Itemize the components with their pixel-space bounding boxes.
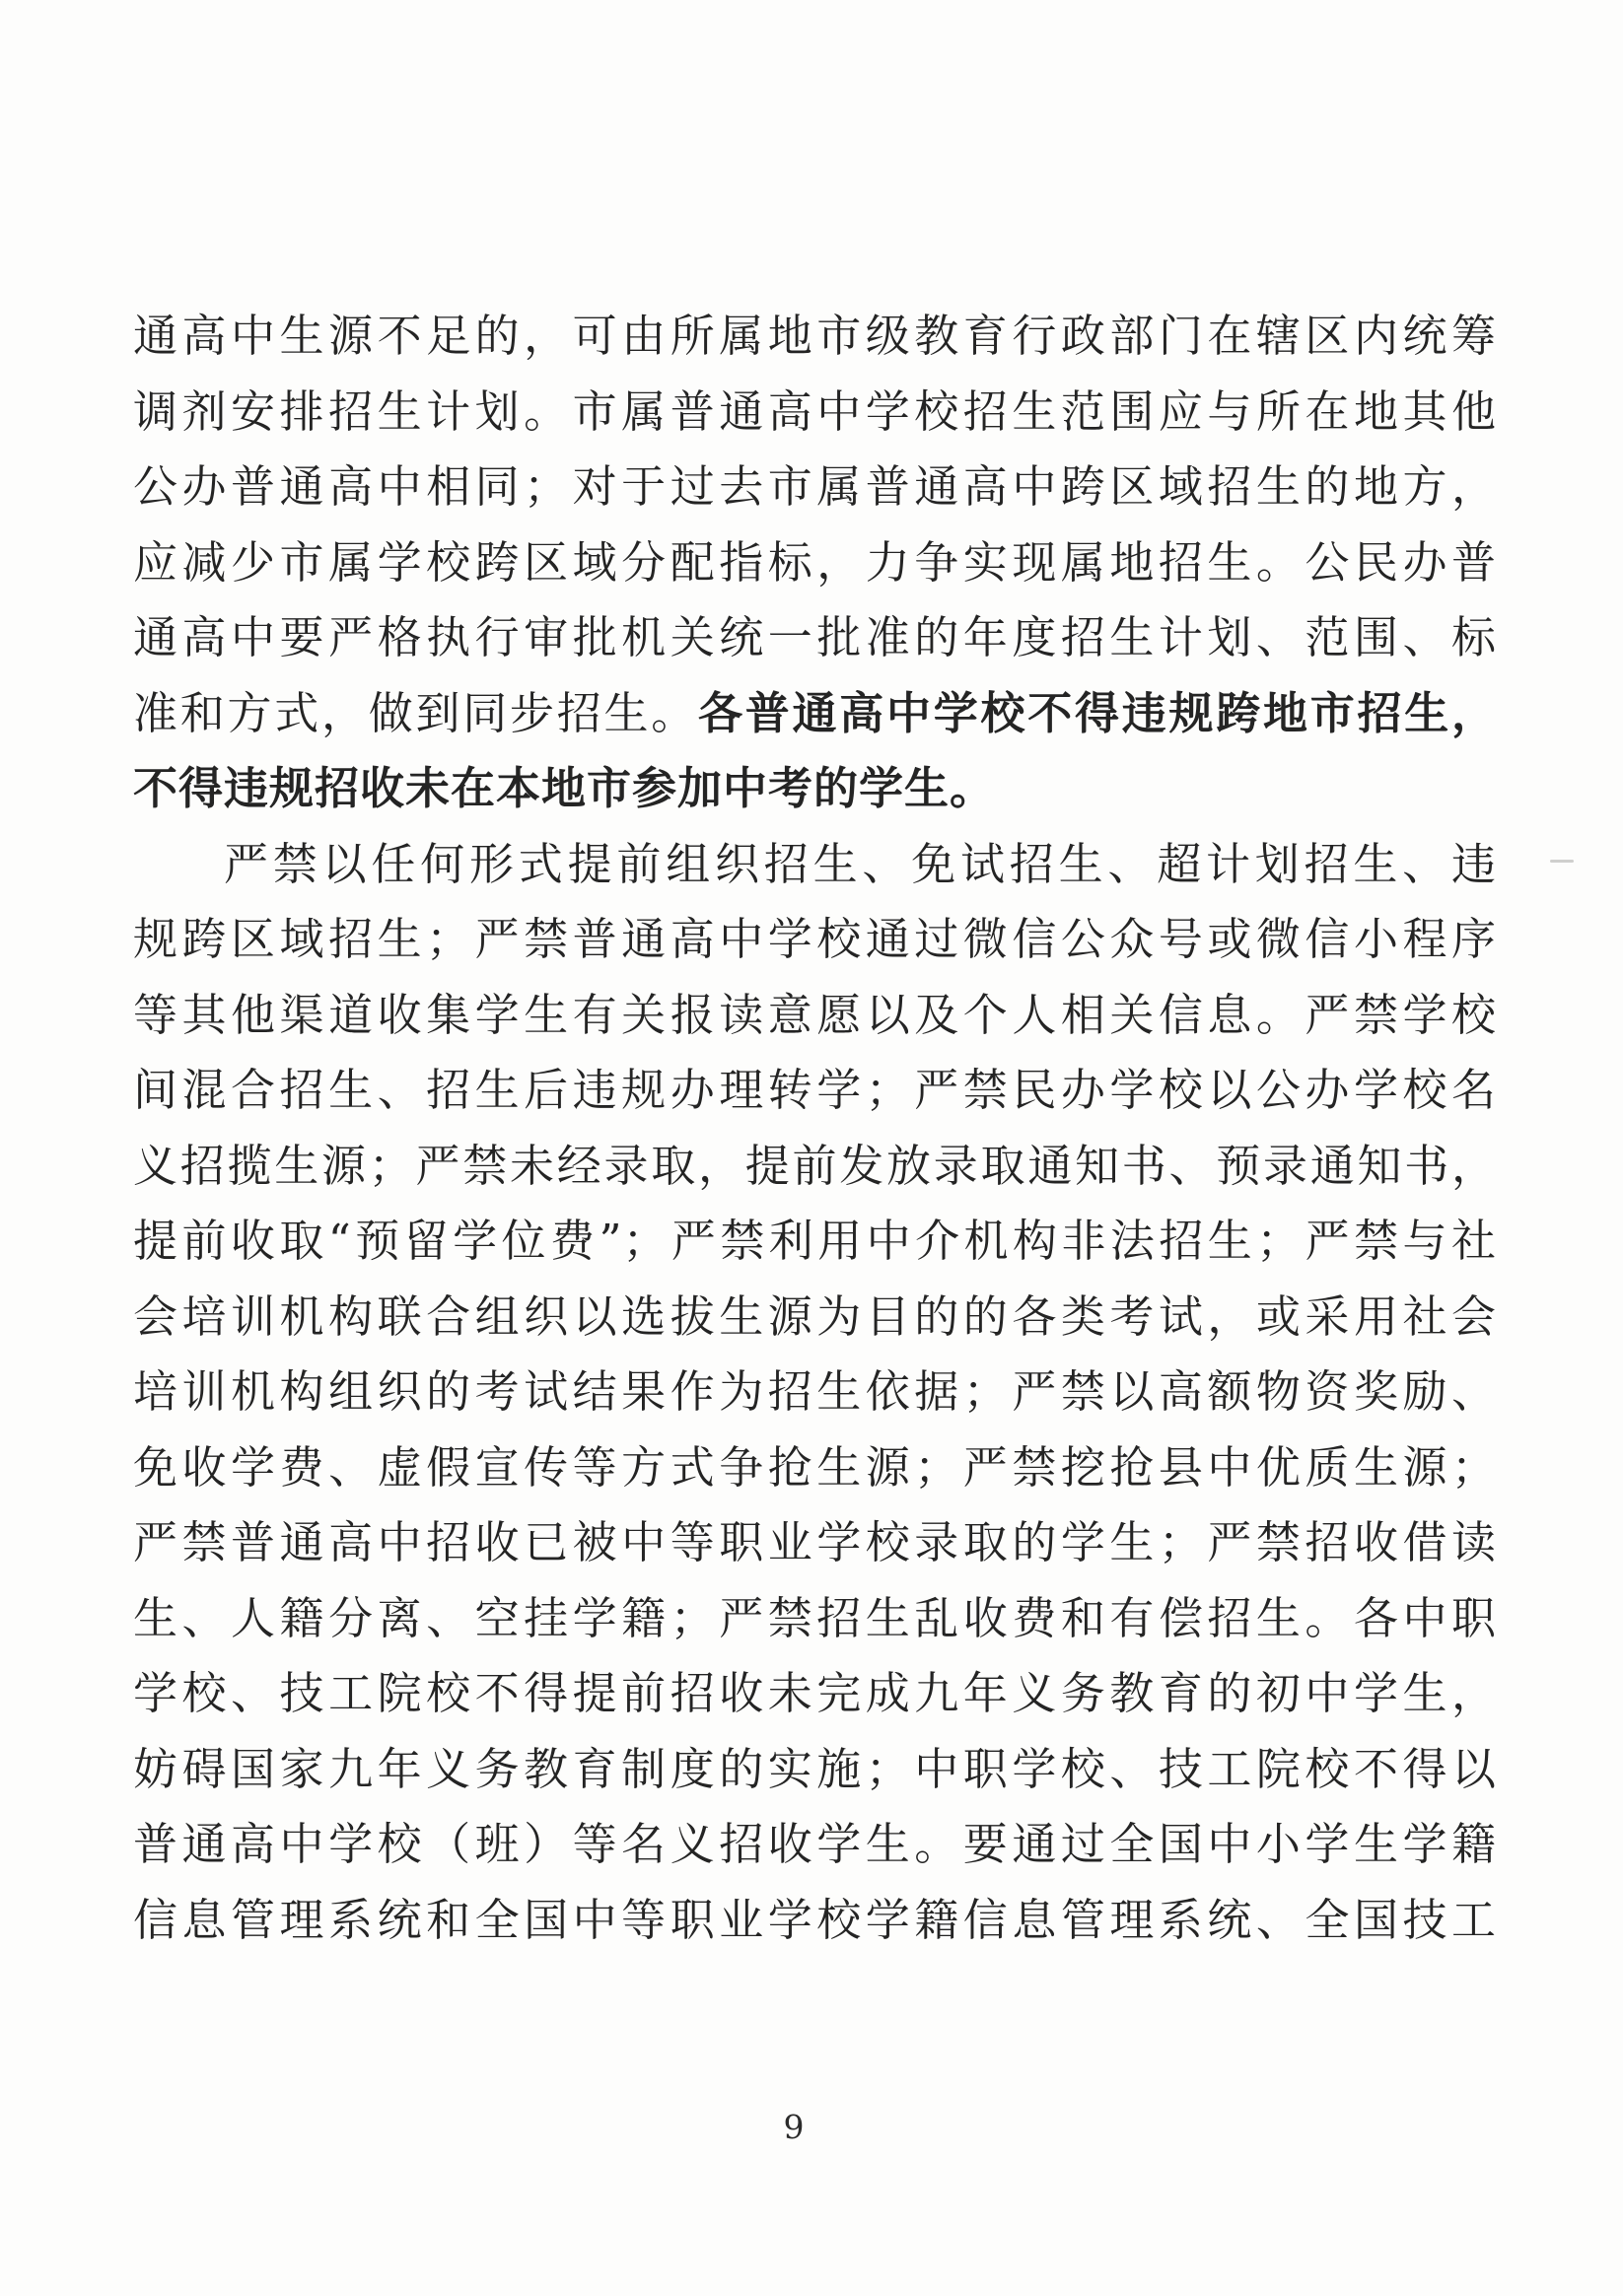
text-line: 义招揽生源；严禁未经录取，提前发放录取通知书、预录通知书， bbox=[133, 1129, 1497, 1205]
text-segment: 会培训机构联合组织以选拔生源为目的的各类考试，或采用社会 bbox=[133, 1290, 1497, 1343]
text-segment: 间混合招生、招生后违规办理转学；严禁民办学校以公办学校名 bbox=[133, 1064, 1497, 1116]
text-segment: 培训机构组织的考试结果作为招生依据；严禁以高额物资奖励、 bbox=[133, 1365, 1497, 1418]
text-segment: 通高中要严格执行审批机关统一批准的年度招生计划、范围、标 bbox=[133, 611, 1497, 663]
text-line: 准和方式，做到同步招生。各普通高中学校不得违规跨地市招生， bbox=[133, 676, 1497, 752]
text-segment: 免收学费、虚假宣传等方式争抢生源；严禁挖抢县中优质生源； bbox=[133, 1441, 1497, 1494]
text-line: 规跨区域招生；严禁普通高中学校通过微信公众号或微信小程序 bbox=[133, 902, 1497, 978]
text-line: 培训机构组织的考试结果作为招生依据；严禁以高额物资奖励、 bbox=[133, 1355, 1497, 1430]
document-body-text: 通高中生源不足的，可由所属地市级教育行政部门在辖区内统筹调剂安排招生计划。市属普… bbox=[133, 299, 1497, 1958]
text-line: 公办普通高中相同；对于过去市属普通高中跨区域招生的地方， bbox=[133, 450, 1497, 525]
text-line: 普通高中学校（班）等名义招收学生。要通过全国中小学生学籍 bbox=[133, 1807, 1497, 1883]
text-segment: 准和方式，做到同步招生。 bbox=[133, 687, 698, 739]
text-line: 信息管理系统和全国中等职业学校学籍信息管理系统、全国技工 bbox=[133, 1883, 1497, 1959]
text-segment: 调剂安排招生计划。市属普通高中学校招生范围应与所在地其他 bbox=[133, 385, 1497, 438]
scan-artifact-mark bbox=[1550, 860, 1574, 863]
text-segment: 义招揽生源；严禁未经录取，提前发放录取通知书、预录通知书， bbox=[133, 1140, 1497, 1192]
text-line: 通高中要严格执行审批机关统一批准的年度招生计划、范围、标 bbox=[133, 600, 1497, 676]
bold-text-segment: 各普通高中学校不得违规跨地市招生， bbox=[698, 687, 1497, 739]
text-line: 通高中生源不足的，可由所属地市级教育行政部门在辖区内统筹 bbox=[133, 299, 1497, 375]
text-line: 提前收取“预留学位费”；严禁利用中介机构非法招生；严禁与社 bbox=[133, 1204, 1497, 1280]
text-line: 间混合招生、招生后违规办理转学；严禁民办学校以公办学校名 bbox=[133, 1053, 1497, 1129]
text-line: 妨碍国家九年义务教育制度的实施；中职学校、技工院校不得以 bbox=[133, 1732, 1497, 1808]
text-line: 严禁普通高中招收已被中等职业学校录取的学生；严禁招收借读 bbox=[133, 1505, 1497, 1581]
text-segment: 普通高中学校（班）等名义招收学生。要通过全国中小学生学籍 bbox=[133, 1818, 1497, 1870]
text-line: 严禁以任何形式提前组织招生、免试招生、超计划招生、违 bbox=[133, 827, 1497, 903]
document-page: 通高中生源不足的，可由所属地市级教育行政部门在辖区内统筹调剂安排招生计划。市属普… bbox=[0, 0, 1623, 2296]
text-segment: 严禁普通高中招收已被中等职业学校录取的学生；严禁招收借读 bbox=[133, 1516, 1497, 1568]
text-segment: 信息管理系统和全国中等职业学校学籍信息管理系统、全国技工 bbox=[133, 1894, 1497, 1946]
page-number: 9 bbox=[0, 2108, 1588, 2146]
text-segment: 规跨区域招生；严禁普通高中学校通过微信公众号或微信小程序 bbox=[133, 913, 1497, 965]
bold-text-segment: 不得违规招收未在本地市参加中考的学生。 bbox=[133, 762, 995, 814]
text-segment: 学校、技工院校不得提前招收未完成九年义务教育的初中学生， bbox=[133, 1667, 1497, 1719]
text-line: 调剂安排招生计划。市属普通高中学校招生范围应与所在地其他 bbox=[133, 375, 1497, 451]
text-segment: 生、人籍分离、空挂学籍；严禁招生乱收费和有偿招生。各中职 bbox=[133, 1592, 1497, 1644]
text-line: 学校、技工院校不得提前招收未完成九年义务教育的初中学生， bbox=[133, 1656, 1497, 1732]
text-segment: 等其他渠道收集学生有关报读意愿以及个人相关信息。严禁学校 bbox=[133, 989, 1497, 1041]
text-segment: 妨碍国家九年义务教育制度的实施；中职学校、技工院校不得以 bbox=[133, 1743, 1497, 1795]
text-line: 免收学费、虚假宣传等方式争抢生源；严禁挖抢县中优质生源； bbox=[133, 1430, 1497, 1506]
text-segment: 公办普通高中相同；对于过去市属普通高中跨区域招生的地方， bbox=[133, 460, 1497, 513]
text-line: 会培训机构联合组织以选拔生源为目的的各类考试，或采用社会 bbox=[133, 1280, 1497, 1356]
text-segment: 提前收取“预留学位费”；严禁利用中介机构非法招生；严禁与社 bbox=[133, 1215, 1497, 1267]
text-segment: 应减少市属学校跨区域分配指标，力争实现属地招生。公民办普 bbox=[133, 536, 1497, 589]
text-line: 应减少市属学校跨区域分配指标，力争实现属地招生。公民办普 bbox=[133, 525, 1497, 601]
text-line: 等其他渠道收集学生有关报读意愿以及个人相关信息。严禁学校 bbox=[133, 978, 1497, 1054]
text-line: 生、人籍分离、空挂学籍；严禁招生乱收费和有偿招生。各中职 bbox=[133, 1581, 1497, 1657]
text-segment: 严禁以任何形式提前组织招生、免试招生、超计划招生、违 bbox=[224, 838, 1497, 890]
text-line: 不得违规招收未在本地市参加中考的学生。 bbox=[133, 751, 1497, 827]
text-segment: 通高中生源不足的，可由所属地市级教育行政部门在辖区内统筹 bbox=[133, 310, 1497, 362]
